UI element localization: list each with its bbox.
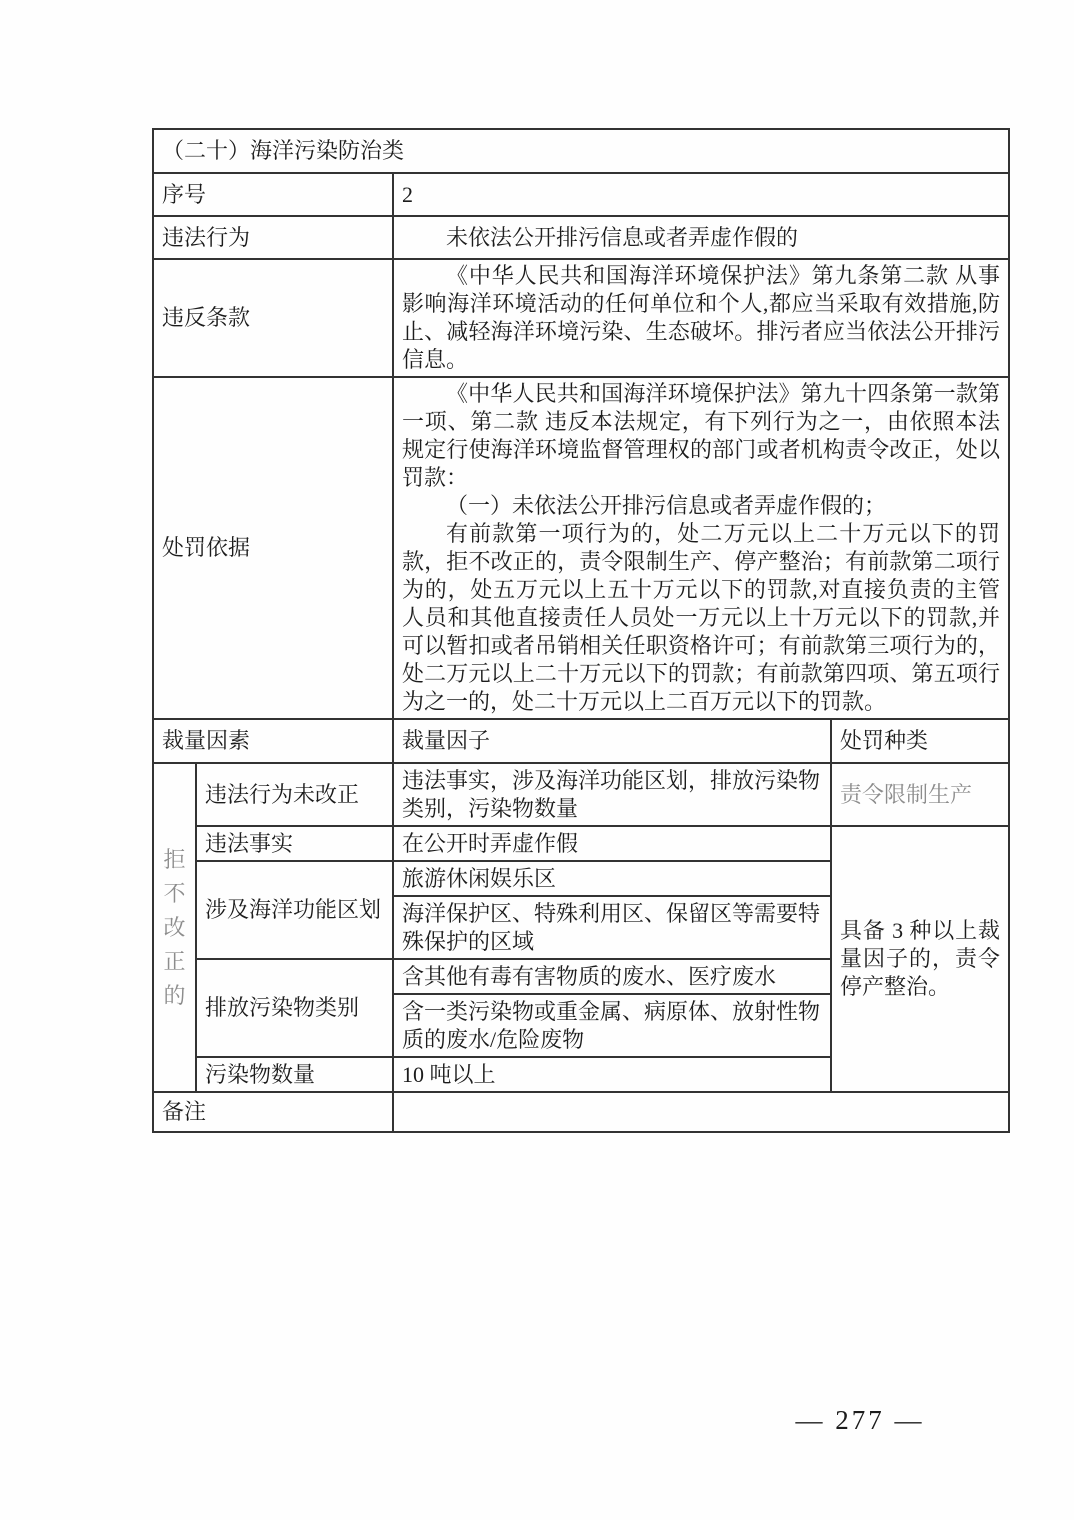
factor-value-pollutant-amount: 10 吨以上 [393, 1057, 831, 1092]
factor-label-marine-zone: 涉及海洋功能区划 [196, 861, 393, 959]
factor-value-uncorrected: 违法事实，涉及海洋功能区划，排放污染物类别，污染物数量 [393, 763, 831, 826]
illegal-act-row: 违法行为 未依法公开排污信息或者弄虚作假的 [153, 216, 1009, 259]
remark-row: 备注 [153, 1092, 1009, 1132]
penalty-basis-paragraph-2: （一）未依法公开排污信息或者弄虚作假的； [402, 492, 1000, 520]
remark-value [393, 1092, 1009, 1132]
factor-label-pollutant-amount: 污染物数量 [196, 1057, 393, 1092]
penalty-limit-production: 责令限制生产 [831, 763, 1009, 826]
category-header: （二十）海洋污染防治类 [153, 129, 1009, 173]
penalty-merged-text: 具备 3 种以上裁量因子的，责令停产整治。 [840, 917, 1000, 1001]
illegal-act-label: 违法行为 [153, 216, 393, 259]
factor-value-illegal-fact: 在公开时弄虚作假 [393, 826, 831, 861]
penalty-discretion-table: （二十）海洋污染防治类 序号 2 违法行为 未依法公开排污信息或者弄虚作假的 违… [152, 128, 1010, 1133]
refusal-category-cell: 拒不改正的 [153, 763, 196, 1092]
factor-value-class1-pollutant: 含一类污染物或重金属、病原体、放射性物质的废水/危险废物 [393, 994, 831, 1057]
penalty-basis-label: 处罚依据 [153, 377, 393, 719]
factor-value-toxic-wastewater: 含其他有毒有害物质的废水、医疗废水 [393, 959, 831, 994]
factor-value-tourism-zone: 旅游休闲娱乐区 [393, 861, 831, 896]
violated-clause-value: 《中华人民共和国海洋环境保护法》第九条第二款 从事影响海洋环境活动的任何单位和个… [393, 259, 1009, 377]
document-page: （二十）海洋污染防治类 序号 2 违法行为 未依法公开排污信息或者弄虚作假的 违… [0, 0, 1074, 1520]
penalty-basis-paragraph-3: 有前款第一项行为的，处二万元以上二十万元以下的罚款，拒不改正的，责令限制生产、停… [402, 520, 1000, 716]
discretion-factor-category-header: 裁量因素 [153, 719, 393, 763]
illegal-act-value: 未依法公开排污信息或者弄虚作假的 [393, 216, 1009, 259]
factor-label-uncorrected: 违法行为未改正 [196, 763, 393, 826]
discretion-factor-header: 裁量因子 [393, 719, 831, 763]
penalty-basis-row: 处罚依据 《中华人民共和国海洋环境保护法》第九十四条第一款第一项、第二款 违反本… [153, 377, 1009, 719]
penalty-basis-paragraph-1: 《中华人民共和国海洋环境保护法》第九十四条第一款第一项、第二款 违反本法规定，有… [402, 380, 1000, 492]
violated-clause-paragraph: 《中华人民共和国海洋环境保护法》第九条第二款 从事影响海洋环境活动的任何单位和个… [402, 262, 1000, 374]
category-header-row: （二十）海洋污染防治类 [153, 129, 1009, 173]
factor-value-protected-zone: 海洋保护区、特殊利用区、保留区等需要特殊保护的区域 [393, 896, 831, 959]
page-number: — 277 — [760, 1405, 960, 1436]
refusal-vertical-label: 拒不改正的 [164, 843, 186, 1013]
serial-value: 2 [393, 173, 1009, 216]
violated-clause-label: 违反条款 [153, 259, 393, 377]
violated-clause-row: 违反条款 《中华人民共和国海洋环境保护法》第九条第二款 从事影响海洋环境活动的任… [153, 259, 1009, 377]
factor-label-pollutant-type: 排放污染物类别 [196, 959, 393, 1057]
serial-label: 序号 [153, 173, 393, 216]
factor-row-illegal-fact: 违法事实 在公开时弄虚作假 具备 3 种以上裁量因子的，责令停产整治。 [153, 826, 1009, 861]
penalty-merged-cell: 具备 3 种以上裁量因子的，责令停产整治。 [831, 826, 1009, 1092]
serial-row: 序号 2 [153, 173, 1009, 216]
factor-row-uncorrected: 拒不改正的 违法行为未改正 违法事实，涉及海洋功能区划，排放污染物类别，污染物数… [153, 763, 1009, 826]
penalty-type-header: 处罚种类 [831, 719, 1009, 763]
factor-label-illegal-fact: 违法事实 [196, 826, 393, 861]
remark-label: 备注 [153, 1092, 393, 1132]
discretion-header-row: 裁量因素 裁量因子 处罚种类 [153, 719, 1009, 763]
penalty-basis-value: 《中华人民共和国海洋环境保护法》第九十四条第一款第一项、第二款 违反本法规定，有… [393, 377, 1009, 719]
